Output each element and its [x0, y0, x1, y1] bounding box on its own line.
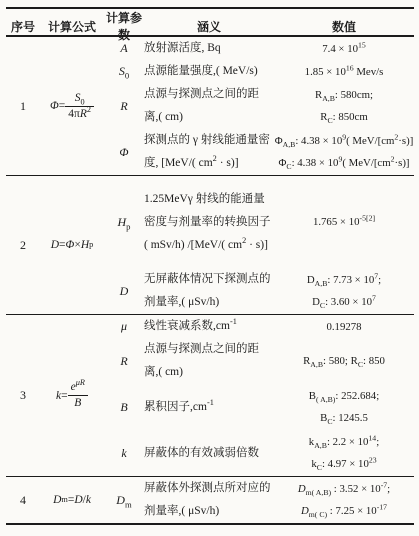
param-value: 1.85 × 1016 Mev/s — [274, 61, 414, 83]
param-value: RA,B: 580cm;RC: 850cm — [274, 84, 414, 128]
param-row-k: k 屏蔽体的有效减弱倍数 kA,B: 2.2 × 1014;kC: 4.97 ×… — [104, 430, 414, 476]
param-row-Hp: Hp 1.25MeVγ 射线的能通量密度与剂量率的转换因子( mSv/h) /[… — [104, 176, 414, 268]
param-value: kA,B: 2.2 × 1014;kC: 4.97 × 1023 — [274, 431, 414, 475]
param-value: 1.765 × 10-5[2] — [274, 211, 414, 233]
table-row-group-4: 4 Dm = D/k Dm 屏蔽体外探测点所对应的剂量率,( μSv/h) Dm… — [6, 477, 414, 523]
param-row-B: B 累积因子,cm-1 B( A,B): 252.684;BC: 1245.5 — [104, 384, 414, 430]
param-symbol: R — [104, 354, 144, 369]
param-symbol: Dm — [104, 493, 144, 508]
header-calculation-formula: 计算公式 — [40, 18, 104, 35]
param-row-mu: μ 线性衰减系数,cm-1 0.19278 — [104, 315, 414, 338]
param-value: 7.4 × 1015 — [274, 38, 414, 60]
param-symbol: A — [104, 41, 144, 56]
row-number: 3 — [6, 315, 40, 476]
param-meaning: 累积因子,cm-1 — [144, 396, 274, 419]
parameter-subrows: Dm 屏蔽体外探测点所对应的剂量率,( μSv/h) Dm( A,B) : 3.… — [104, 477, 414, 523]
header-value: 数值 — [274, 18, 414, 35]
row-number: 2 — [6, 176, 40, 314]
param-row-R: R 点源与探测点之间的距离,( cm) RA,B: 580; RC: 850 — [104, 338, 414, 384]
param-row-phi: Φ 探测点的 γ 射线能通量密度, [MeV/( cm2 · s)] ΦA,B:… — [104, 129, 414, 175]
param-meaning: 探测点的 γ 射线能通量密度, [MeV/( cm2 · s)] — [144, 129, 274, 175]
param-row-R: R 点源与探测点之间的距离,( cm) RA,B: 580cm;RC: 850c… — [104, 83, 414, 129]
param-symbol: Hp — [104, 215, 144, 230]
formula-flux: Φ = S04πR2 — [40, 37, 104, 175]
calculation-parameters-table: 序号 计算公式 计算参数 涵义 数值 1 Φ = S04πR2 A 放射源活度,… — [6, 7, 414, 525]
table-row-group-2: 2 D = Φ × Hp Hp 1.25MeVγ 射线的能通量密度与剂量率的转换… — [6, 176, 414, 315]
param-meaning: 点源能量强度,( MeV/s) — [144, 60, 274, 83]
header-meaning: 涵义 — [144, 18, 274, 35]
param-row-D: D 无屏蔽体情况下探测点的剂量率,( μSv/h) DA,B: 7.73 × 1… — [104, 268, 414, 314]
param-row-A: A 放射源活度, Bq 7.4 × 1015 — [104, 37, 414, 60]
param-meaning: 放射源活度, Bq — [144, 37, 274, 60]
param-symbol: μ — [104, 319, 144, 334]
param-meaning: 点源与探测点之间的距离,( cm) — [144, 338, 274, 384]
param-meaning: 线性衰减系数,cm-1 — [144, 315, 274, 338]
param-value: ΦA,B: 4.38 × 109( MeV/[cm2·s)]ΦC: 4.38 ×… — [274, 130, 414, 174]
scanned-paper-table-page: 序号 计算公式 计算参数 涵义 数值 1 Φ = S04πR2 A 放射源活度,… — [0, 0, 419, 536]
param-symbol: Φ — [104, 145, 144, 160]
param-value: Dm( A,B) : 3.52 × 10-7;Dm( C) : 7.25 × 1… — [274, 478, 414, 522]
table-header-row: 序号 计算公式 计算参数 涵义 数值 — [6, 9, 414, 37]
param-symbol: k — [104, 446, 144, 461]
formula-dose-rate: D = Φ × Hp — [40, 176, 104, 314]
param-meaning: 屏蔽体的有效减弱倍数 — [144, 442, 274, 465]
parameter-subrows: Hp 1.25MeVγ 射线的能通量密度与剂量率的转换因子( mSv/h) /[… — [104, 176, 414, 314]
param-meaning: 屏蔽体外探测点所对应的剂量率,( μSv/h) — [144, 477, 274, 523]
param-value: B( A,B): 252.684;BC: 1245.5 — [274, 385, 414, 429]
parameter-subrows: A 放射源活度, Bq 7.4 × 1015 S0 点源能量强度,( MeV/s… — [104, 37, 414, 175]
param-meaning: 1.25MeVγ 射线的能通量密度与剂量率的转换因子( mSv/h) /[MeV… — [144, 188, 274, 257]
param-meaning: 无屏蔽体情况下探测点的剂量率,( μSv/h) — [144, 268, 274, 314]
formula-shielded-dose: Dm = D/k — [40, 477, 104, 523]
param-symbol: D — [104, 284, 144, 299]
parameter-subrows: μ 线性衰减系数,cm-1 0.19278 R 点源与探测点之间的距离,( cm… — [104, 315, 414, 476]
row-number: 1 — [6, 37, 40, 175]
param-symbol: S0 — [104, 64, 144, 79]
param-symbol: R — [104, 99, 144, 114]
row-number: 4 — [6, 477, 40, 523]
param-meaning: 点源与探测点之间的距离,( cm) — [144, 83, 274, 129]
formula-attenuation: k = eμRB — [40, 315, 104, 476]
header-serial-number: 序号 — [6, 18, 40, 35]
param-value: RA,B: 580; RC: 850 — [274, 350, 414, 372]
param-value: DA,B: 7.73 × 107;DC: 3.60 × 107 — [274, 269, 414, 313]
table-row-group-3: 3 k = eμRB μ 线性衰减系数,cm-1 0.19278 R 点源与探测… — [6, 315, 414, 477]
table-row-group-1: 1 Φ = S04πR2 A 放射源活度, Bq 7.4 × 1015 S0 点… — [6, 37, 414, 176]
param-value: 0.19278 — [274, 316, 414, 338]
param-symbol: B — [104, 400, 144, 415]
param-row-Dm: Dm 屏蔽体外探测点所对应的剂量率,( μSv/h) Dm( A,B) : 3.… — [104, 477, 414, 523]
param-row-S0: S0 点源能量强度,( MeV/s) 1.85 × 1016 Mev/s — [104, 60, 414, 83]
